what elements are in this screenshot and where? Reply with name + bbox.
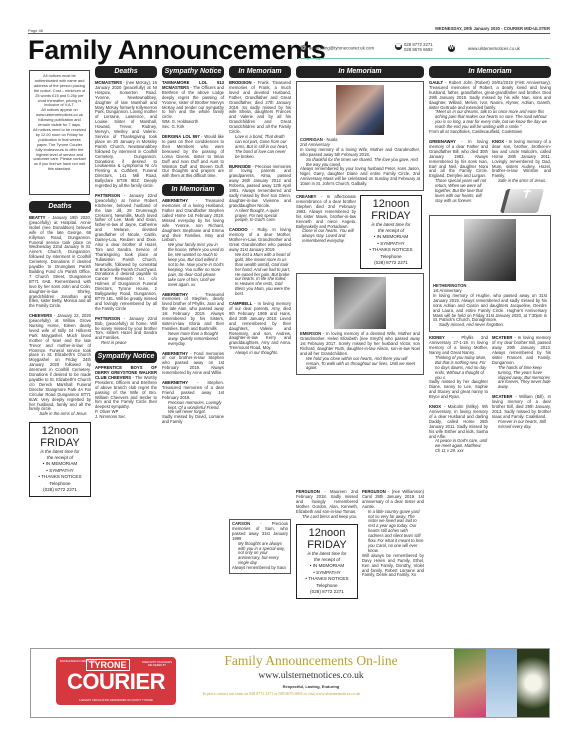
page-title: Family Announcements: [28, 35, 326, 65]
mcateer-column: MCATEER - In loving memory of my dear br…: [492, 336, 551, 459]
phone-icon: ☎: [395, 43, 402, 50]
notice-patterson-2: PATTERSON - January 22nd Bob, (peacefull…: [95, 317, 157, 346]
notice-greenaway: GREENAWAY - In loving memory of a dear F…: [429, 140, 488, 210]
notice-campbell: CAMPBELL - In loving memory of our dear …: [229, 302, 291, 356]
section-header-sympathy: Sympathy Notice: [162, 66, 224, 78]
web-icon: W: [448, 45, 455, 52]
notice-patterson: PATTERSON - January 22nd (peacefully) at…: [95, 194, 157, 312]
notice-hetherington: HETHERINGTON 1st Anniversary In loving m…: [429, 215, 551, 332]
contact-bar: @advertising@tyronecourier.uk.com ☎028 8…: [300, 42, 550, 56]
website-link[interactable]: www.ulsternetnotices.co.uk: [468, 46, 520, 51]
notice-abernethy-3: ABERNETHY - Fond memories of our brother…: [162, 352, 224, 377]
column-5a: FERGUSON - Maureen 2nd February 2018. Sa…: [296, 490, 358, 599]
promo-images: [454, 649, 549, 717]
column-5: In Memoriam CORRIGAN - Nuala 2nd Anniver…: [296, 66, 424, 379]
notice-abernethy-4: ABERNETHY - Stephen. Treasured memories …: [162, 381, 224, 425]
notice-emerson: EMERSON - In loving memory of a devoted …: [296, 273, 424, 375]
rules-text: All notices appear on www.ulsternetnotic…: [33, 108, 86, 128]
embrace-photo: [454, 649, 486, 717]
header-rule: [28, 33, 550, 34]
section-header-sympathy: Sympathy Notice: [95, 351, 157, 363]
notice-abernethy: ABERNETHY - Treasured memories of a lovi…: [162, 199, 224, 287]
notice-burnside: BURNSIDE - Precious memories of loving p…: [229, 165, 291, 224]
email-icon: @: [300, 45, 307, 52]
notice-rules-box: All notices must be authenticated with n…: [29, 70, 90, 195]
column-6: In Memoriam GAULT - Robert John (Robert)…: [429, 66, 551, 459]
notice-mcateer: MCATEER - In loving memory of my dear br…: [492, 336, 551, 390]
lily-photo: [517, 649, 549, 717]
notice-brodison: BRODISON - Frank. Treasured memories of …: [229, 81, 291, 160]
promo-heading: Family Announcements On-line: [191, 652, 431, 669]
section-header-memoriam: In Memoriam: [229, 66, 291, 78]
section-header-deaths: Deaths: [95, 66, 157, 78]
column-5b: FERGUSON - (nee Williamson) Carol 28th J…: [362, 490, 424, 583]
section-header-memoriam: In Memoriam: [429, 66, 551, 78]
newspaper-page: Page 48 WEDNESDAY, 29th January 2020 - C…: [0, 0, 580, 737]
notice-gault: GAULT - Robert John (Robert) 29/01/2019 …: [429, 81, 551, 135]
deadline-box: 12noon FRIDAY is the latest time for the…: [29, 422, 91, 497]
notice-carson: CARSON - Precious memories of Sam, who p…: [229, 519, 291, 574]
promo-tagline: Respectful, Lasting, Enduring: [191, 683, 431, 690]
notice-knox-2: KNOX - Malcolm (Milky). 9th Anniversary.…: [429, 405, 488, 454]
email-link[interactable]: advertising@tyronecourier.uk.com: [309, 46, 374, 51]
rules-text: All notices need to be received by 12.00…: [33, 128, 86, 172]
notice-apprentice-boys: APPRENTICE BOYS OF DERRY GREYSTONE WALKE…: [95, 366, 157, 420]
photo-emerson: [334, 277, 386, 329]
notice-creaney: CREANEY - In affectionate remembrance of…: [296, 195, 356, 264]
promo-url[interactable]: www.ulsternetnotices.co.uk: [191, 669, 431, 683]
notice-tamnamore: TAMNAMORE LOL 513 MCMASTERS - The Office…: [162, 81, 224, 130]
notice-ferguson-2: FERGUSON - (nee Williamson) Carol 28th J…: [362, 490, 424, 578]
phone-2: 028 8676 6692: [404, 47, 433, 52]
column-3: Sympathy Notice TAMNAMORE LOL 513 MCMAST…: [162, 66, 224, 430]
bible-icon: [499, 189, 543, 213]
notice-knox: KNOX - In loving memory of a dear son, b…: [492, 140, 551, 184]
column-4: In Memoriam BRODISON - Frank. Treasured …: [229, 66, 291, 361]
online-promo: Family Announcements On-line www.ulstern…: [191, 652, 431, 698]
photo-hetherington: [464, 219, 516, 281]
section-header-memoriam: In Memoriam: [162, 184, 224, 196]
notice-abernethy-2: ABERNETHY - Treasured memories of Stephe…: [162, 293, 224, 347]
section-header-deaths: Deaths: [29, 201, 91, 213]
footer-advert[interactable]: DUNGANNON NEWS AND TYRONE FREE WITH YOUR…: [30, 648, 550, 718]
notice-caddoo: CADDOO - Ruby. In loving memory of a dea…: [229, 228, 291, 297]
promo-contact: To place contact our team on 028 8772 22…: [131, 690, 431, 698]
notice-mcateer-2: MCATEER - William (Bill). In loving memo…: [492, 395, 551, 429]
section-header-memoriam: In Memoriam: [296, 66, 424, 78]
notice-ferguson: FERGUSON - Maureen 2nd February 2018. Sa…: [296, 490, 358, 519]
notice-cheevers: CHEEVERS - January 22, 2020 (peacefully)…: [29, 314, 91, 417]
kidney-column: KIDNEY - Phyllis 2nd Anniversary 27-1-18…: [429, 336, 488, 459]
notice-dergina: DERGINA LOL 897 - Would like to pass on …: [162, 135, 224, 179]
knox-column: KNOX - In loving memory of a dear son, b…: [492, 140, 551, 215]
photo-corrigan: [336, 85, 384, 135]
accent-rule: [298, 58, 550, 59]
rules-text: All notices must be authenticated with n…: [33, 74, 86, 108]
dove-photo: [486, 649, 518, 717]
deadline-box: 12noon FRIDAY is the latest time for the…: [296, 524, 358, 599]
column-1: Deaths BEATTY - January 19th 2020, (peac…: [29, 201, 91, 497]
notice-corrigan: CORRIGAN - Nuala 2nd Anniversary In lovi…: [296, 81, 424, 191]
notice-mcmasters: MCMASTERS - (nee McKay), 16 January 2020…: [95, 81, 157, 189]
column-2: Deaths MCMASTERS - (nee McKay), 16 Janua…: [95, 66, 157, 425]
notice-kidney: KIDNEY - Phyllis 2nd Anniversary 27-1-18…: [429, 336, 488, 400]
notice-beatty: BEATTY - January 19th 2020, (peacefully)…: [29, 216, 91, 309]
dateline: WEDNESDAY, 29th January 2020 - COURIER M…: [435, 26, 550, 31]
deadline-box: 12noon FRIDAY is the latest time for the…: [360, 195, 422, 269]
